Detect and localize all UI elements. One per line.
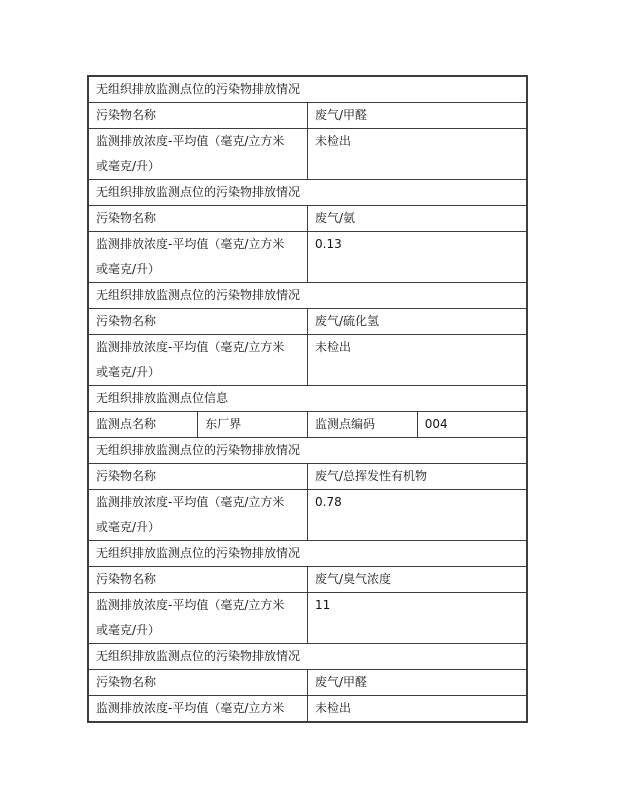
- pollutant-name-label: 污染物名称: [88, 670, 308, 696]
- table-row: 污染物名称 废气/甲醛: [88, 670, 527, 696]
- document-page: 无组织排放监测点位的污染物排放情况 污染物名称 废气/甲醛 监测排放浓度-平均值…: [0, 0, 618, 800]
- table-row: 监测排放浓度-平均值（毫克/立方米 或毫克/升） 0.78: [88, 490, 527, 541]
- table-row: 污染物名称 废气/臭气浓度: [88, 567, 527, 593]
- section-header: 无组织排放监测点位的污染物排放情况: [88, 283, 527, 309]
- pollutant-name-label: 污染物名称: [88, 206, 308, 232]
- table-row: 无组织排放监测点位的污染物排放情况: [88, 283, 527, 309]
- table-row: 污染物名称 废气/硫化氢: [88, 309, 527, 335]
- concentration-label-line2: 或毫克/升）: [96, 257, 300, 282]
- table-row: 无组织排放监测点位的污染物排放情况: [88, 438, 527, 464]
- point-info-header: 无组织排放监测点位信息: [88, 386, 527, 412]
- point-name-label: 监测点名称: [88, 412, 198, 438]
- concentration-label: 监测排放浓度-平均值（毫克/立方米 或毫克/升）: [88, 232, 308, 283]
- pollutant-name-value: 废气/甲醛: [308, 670, 528, 696]
- section-header: 无组织排放监测点位的污染物排放情况: [88, 438, 527, 464]
- pollutant-name-label: 污染物名称: [88, 309, 308, 335]
- pollutant-name-label: 污染物名称: [88, 567, 308, 593]
- table-row: 监测点名称 东厂界 监测点编码 004: [88, 412, 527, 438]
- emissions-table: 无组织排放监测点位的污染物排放情况 污染物名称 废气/甲醛 监测排放浓度-平均值…: [87, 75, 528, 723]
- table-row: 监测排放浓度-平均值（毫克/立方米 或毫克/升） 11: [88, 593, 527, 644]
- point-code-value: 004: [417, 412, 527, 438]
- concentration-label-line2: 或毫克/升）: [96, 360, 300, 385]
- concentration-label-line1: 监测排放浓度-平均值（毫克/立方米: [96, 593, 300, 618]
- concentration-label: 监测排放浓度-平均值（毫克/立方米 或毫克/升）: [88, 490, 308, 541]
- concentration-value: 未检出: [308, 129, 528, 180]
- pollutant-name-value: 废气/甲醛: [308, 103, 528, 129]
- table-row: 监测排放浓度-平均值（毫克/立方米 未检出: [88, 696, 527, 723]
- concentration-label: 监测排放浓度-平均值（毫克/立方米 或毫克/升）: [88, 335, 308, 386]
- concentration-label-line1: 监测排放浓度-平均值（毫克/立方米: [96, 232, 300, 257]
- table-row: 无组织排放监测点位的污染物排放情况: [88, 180, 527, 206]
- table-row: 监测排放浓度-平均值（毫克/立方米 或毫克/升） 0.13: [88, 232, 527, 283]
- concentration-value: 11: [308, 593, 528, 644]
- point-code-label: 监测点编码: [308, 412, 418, 438]
- table-row: 无组织排放监测点位的污染物排放情况: [88, 644, 527, 670]
- concentration-label-line2: 或毫克/升）: [96, 154, 300, 179]
- point-name-value: 东厂界: [198, 412, 308, 438]
- concentration-label-line1: 监测排放浓度-平均值（毫克/立方米: [96, 129, 300, 154]
- concentration-label-line2: 或毫克/升）: [96, 618, 300, 643]
- concentration-label-line1: 监测排放浓度-平均值（毫克/立方米: [96, 335, 300, 360]
- section-header: 无组织排放监测点位的污染物排放情况: [88, 541, 527, 567]
- concentration-label: 监测排放浓度-平均值（毫克/立方米 或毫克/升）: [88, 129, 308, 180]
- concentration-value: 未检出: [308, 696, 528, 723]
- concentration-value: 0.13: [308, 232, 528, 283]
- table-row: 无组织排放监测点位的污染物排放情况: [88, 76, 527, 103]
- pollutant-name-value: 废气/总挥发性有机物: [308, 464, 528, 490]
- table-row: 监测排放浓度-平均值（毫克/立方米 或毫克/升） 未检出: [88, 335, 527, 386]
- table-row: 污染物名称 废气/氨: [88, 206, 527, 232]
- table-row: 污染物名称 废气/甲醛: [88, 103, 527, 129]
- table-row: 无组织排放监测点位信息: [88, 386, 527, 412]
- concentration-label: 监测排放浓度-平均值（毫克/立方米 或毫克/升）: [88, 593, 308, 644]
- pollutant-name-value: 废气/硫化氢: [308, 309, 528, 335]
- table-row: 无组织排放监测点位的污染物排放情况: [88, 541, 527, 567]
- concentration-value: 0.78: [308, 490, 528, 541]
- pollutant-name-label: 污染物名称: [88, 103, 308, 129]
- concentration-label-line1: 监测排放浓度-平均值（毫克/立方米: [96, 490, 300, 515]
- pollutant-name-value: 废气/氨: [308, 206, 528, 232]
- table-row: 污染物名称 废气/总挥发性有机物: [88, 464, 527, 490]
- section-header: 无组织排放监测点位的污染物排放情况: [88, 180, 527, 206]
- pollutant-name-label: 污染物名称: [88, 464, 308, 490]
- section-header: 无组织排放监测点位的污染物排放情况: [88, 76, 527, 103]
- concentration-label-line2: 或毫克/升）: [96, 515, 300, 540]
- pollutant-name-value: 废气/臭气浓度: [308, 567, 528, 593]
- section-header: 无组织排放监测点位的污染物排放情况: [88, 644, 527, 670]
- concentration-label-truncated: 监测排放浓度-平均值（毫克/立方米: [88, 696, 308, 723]
- table-row: 监测排放浓度-平均值（毫克/立方米 或毫克/升） 未检出: [88, 129, 527, 180]
- concentration-value: 未检出: [308, 335, 528, 386]
